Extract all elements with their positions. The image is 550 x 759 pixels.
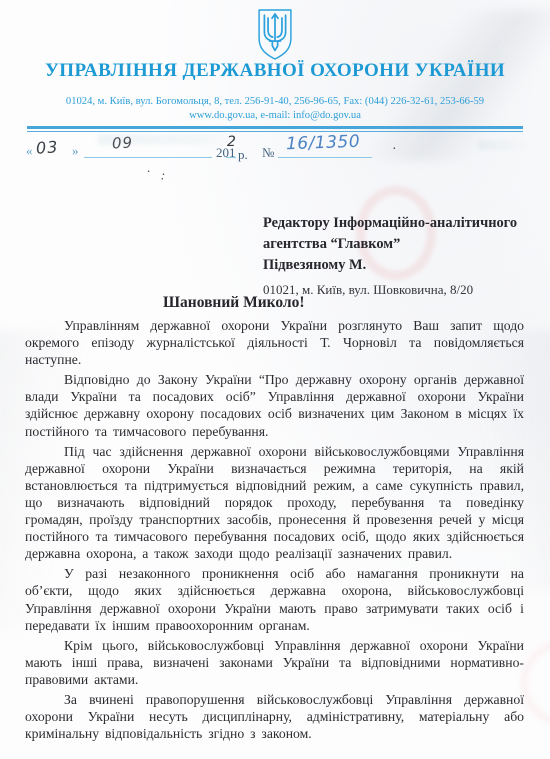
paragraph-1: Управлінням державної охорони України ро… <box>25 317 524 368</box>
number-blank-line <box>278 156 372 158</box>
paragraph-6: За вчинені правопорушення військовослужб… <box>25 691 524 742</box>
handwritten-year-digit: 2 <box>227 134 236 150</box>
paragraph-5: Крім цього, військовослужбовці Управлінн… <box>25 637 524 688</box>
scan-smudge <box>370 10 550 160</box>
letter-body: Управлінням державної охорони України ро… <box>25 317 524 745</box>
org-address-line: 01024, м. Київ, вул. Богомольця, 8, тел.… <box>0 96 550 107</box>
year-digit-blank <box>226 156 236 158</box>
open-guillemet: « <box>26 143 33 159</box>
ink-bleedthrough-artifact <box>478 140 530 150</box>
stray-dot: · <box>392 142 397 158</box>
letterhead-divider-rule <box>27 126 523 132</box>
handwritten-month: 09 <box>112 133 134 152</box>
paragraph-4: У разі незаконного проникнення осіб або … <box>25 565 524 633</box>
handwritten-day: 03 <box>35 137 59 158</box>
month-blank-line <box>84 156 212 158</box>
paragraph-3: Під час здійснення державної охорони вій… <box>25 443 524 563</box>
recipient-line-3: Підвезяному М. <box>263 255 533 276</box>
recipient-block: Редактору Інформаційно-аналітичного аген… <box>263 213 533 298</box>
handwritten-doc-number: 16/1350 <box>286 132 361 155</box>
close-guillemet: » <box>72 143 79 159</box>
recipient-line-2: агентства “Главком” <box>263 234 533 255</box>
recipient-line-1: Редактору Інформаційно-аналітичного <box>263 213 533 234</box>
org-contacts-line: www.do.gov.ua, e-mail: info@do.gov.ua <box>0 110 550 121</box>
scanned-letter-page: · : УПРАВЛІННЯ ДЕРЖАВНОЇ ОХОРОНИ УКРАЇНИ… <box>0 0 550 759</box>
number-sign: № <box>262 145 274 161</box>
stray-pen-dots: · : <box>144 163 171 184</box>
org-name: УПРАВЛІННЯ ДЕРЖАВНОЇ ОХОРОНИ УКРАЇНИ <box>0 60 550 82</box>
paragraph-2: Відповідно до Закону України “Про держав… <box>25 371 524 439</box>
watermark-ring-artifact <box>520 640 550 726</box>
salutation: Шановний Миколо! <box>163 294 305 312</box>
year-suffix: р. <box>238 147 248 163</box>
ukraine-trident-emblem-icon <box>255 8 295 61</box>
